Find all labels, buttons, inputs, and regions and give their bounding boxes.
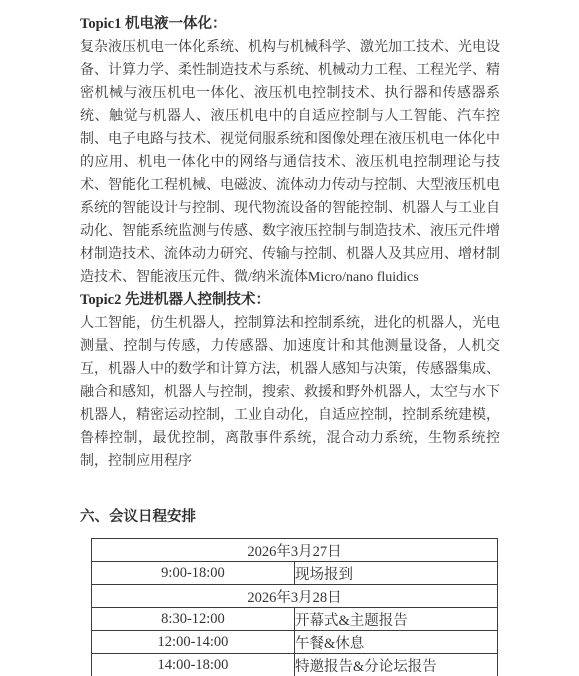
date-cell: 2026年3月28日 bbox=[92, 585, 498, 608]
table-row-slot: 9:00-18:00 现场报到 bbox=[92, 562, 498, 585]
activity-cell: 特邀报告&分论坛报告 bbox=[295, 654, 498, 676]
activity-cell: 午餐&休息 bbox=[295, 631, 498, 654]
table-row-date: 2026年3月27日 bbox=[92, 539, 498, 562]
activity-cell: 现场报到 bbox=[295, 562, 498, 585]
schedule-section-heading: 六、会议日程安排 bbox=[80, 506, 500, 529]
table-row-slot: 14:00-18:00 特邀报告&分论坛报告 bbox=[92, 654, 498, 676]
time-cell: 12:00-14:00 bbox=[92, 631, 295, 654]
topic1-body-text: 复杂液压机电一体化系统、机构与机械科学、激光加工技术、光电设备、计算力学、柔性制… bbox=[80, 36, 500, 289]
table-row-slot: 8:30-12:00 开幕式&主题报告 bbox=[92, 608, 498, 631]
topic1-section: Topic1 机电液一体化： 复杂液压机电一体化系统、机构与机械科学、激光加工技… bbox=[80, 13, 500, 289]
time-cell: 9:00-18:00 bbox=[92, 562, 295, 585]
table-row-slot: 12:00-14:00 午餐&休息 bbox=[92, 631, 498, 654]
topic2-body-text: 人工智能，仿生机器人，控制算法和控制系统，进化的机器人，光电测量、控制与传感，力… bbox=[80, 312, 500, 473]
topic1-heading: Topic1 机电液一体化： bbox=[80, 13, 500, 36]
topic2-section: Topic2 先进机器人控制技术： 人工智能，仿生机器人，控制算法和控制系统，进… bbox=[80, 289, 500, 473]
time-cell: 14:00-18:00 bbox=[92, 654, 295, 676]
document-page: Topic1 机电液一体化： 复杂液压机电一体化系统、机构与机械科学、激光加工技… bbox=[0, 0, 579, 676]
activity-cell: 开幕式&主题报告 bbox=[295, 608, 498, 631]
schedule-table: 2026年3月27日 9:00-18:00 现场报到 2026年3月28日 8:… bbox=[91, 538, 498, 676]
document-content: Topic1 机电液一体化： 复杂液压机电一体化系统、机构与机械科学、激光加工技… bbox=[80, 13, 500, 676]
time-cell: 8:30-12:00 bbox=[92, 608, 295, 631]
topic2-heading: Topic2 先进机器人控制技术： bbox=[80, 289, 500, 312]
date-cell: 2026年3月27日 bbox=[92, 539, 498, 562]
table-row-date: 2026年3月28日 bbox=[92, 585, 498, 608]
